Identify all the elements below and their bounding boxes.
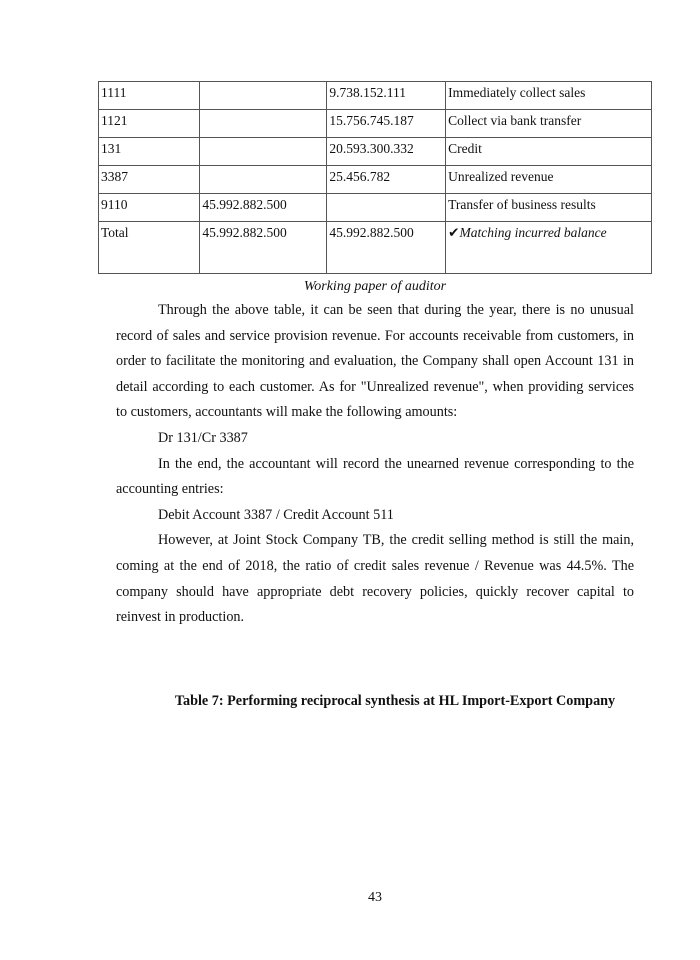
total-credit: 45.992.882.500 xyxy=(327,222,446,274)
account-cell: 1111 xyxy=(99,82,200,110)
total-label: Total xyxy=(99,222,200,274)
paragraph: In the end, the accountant will record t… xyxy=(116,452,634,503)
table-caption: Working paper of auditor xyxy=(98,279,652,295)
body-text: Through the above table, it can be seen … xyxy=(116,298,634,631)
note-cell: Collect via bank transfer xyxy=(446,110,652,138)
total-row: Total 45.992.882.500 45.992.882.500 ✔Mat… xyxy=(99,222,652,274)
note-cell: Immediately collect sales xyxy=(446,82,652,110)
total-note: Matching incurred balance xyxy=(459,225,606,240)
credit-cell: 25.456.782 xyxy=(327,166,446,194)
table-row: 9110 45.992.882.500 Transfer of business… xyxy=(99,194,652,222)
debit-cell: 45.992.882.500 xyxy=(200,194,327,222)
total-debit: 45.992.882.500 xyxy=(200,222,327,274)
note-cell: Transfer of business results xyxy=(446,194,652,222)
paragraph: Through the above table, it can be seen … xyxy=(116,298,634,426)
credit-cell: 15.756.745.187 xyxy=(327,110,446,138)
checkmark-icon: ✔ xyxy=(448,225,459,240)
credit-cell xyxy=(327,194,446,222)
document-page: 1111 9.738.152.111 Immediately collect s… xyxy=(0,0,700,960)
table-row: 1111 9.738.152.111 Immediately collect s… xyxy=(99,82,652,110)
account-cell: 131 xyxy=(99,138,200,166)
table-title: Table 7: Performing reciprocal synthesis… xyxy=(150,686,640,716)
account-cell: 3387 xyxy=(99,166,200,194)
journal-entry: Dr 131/Cr 3387 xyxy=(116,426,634,452)
note-cell: Credit xyxy=(446,138,652,166)
account-cell: 9110 xyxy=(99,194,200,222)
table-row: 131 20.593.300.332 Credit xyxy=(99,138,652,166)
note-cell: Unrealized revenue xyxy=(446,166,652,194)
paragraph: However, at Joint Stock Company TB, the … xyxy=(116,528,634,630)
table-row: 1121 15.756.745.187 Collect via bank tra… xyxy=(99,110,652,138)
page-number: 43 xyxy=(0,890,700,906)
credit-cell: 20.593.300.332 xyxy=(327,138,446,166)
debit-cell xyxy=(200,166,327,194)
credit-cell: 9.738.152.111 xyxy=(327,82,446,110)
reconciliation-table: 1111 9.738.152.111 Immediately collect s… xyxy=(98,81,652,274)
account-cell: 1121 xyxy=(99,110,200,138)
debit-cell xyxy=(200,110,327,138)
debit-cell xyxy=(200,82,327,110)
journal-entry: Debit Account 3387 / Credit Account 511 xyxy=(116,503,634,529)
table-row: 3387 25.456.782 Unrealized revenue xyxy=(99,166,652,194)
debit-cell xyxy=(200,138,327,166)
total-note-cell: ✔Matching incurred balance xyxy=(446,222,652,274)
